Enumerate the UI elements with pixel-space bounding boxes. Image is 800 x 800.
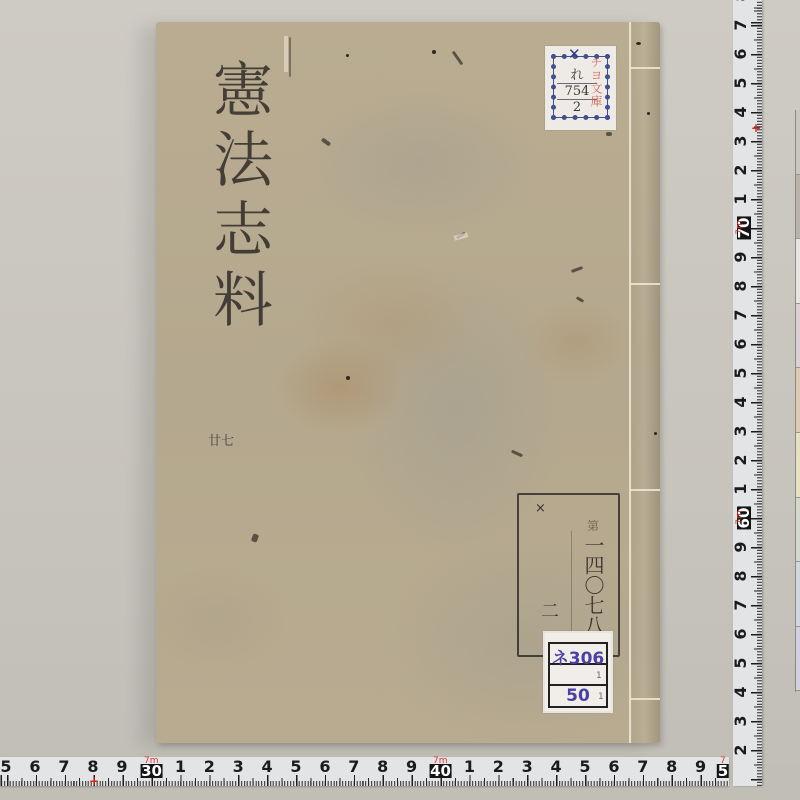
wormhole-spot xyxy=(636,42,641,45)
stamp-corner-mark: × xyxy=(535,501,546,516)
shelf-number-label: ネ306 1 50 1 xyxy=(545,633,611,711)
color-swatch-green xyxy=(796,498,800,563)
ruler-label: 3 xyxy=(733,425,749,436)
color-swatch-blue xyxy=(796,562,800,627)
accession-side-mark: 二 xyxy=(541,597,559,623)
color-swatch-dark-gray xyxy=(796,175,800,240)
binding-stitch xyxy=(631,489,660,491)
ruler-label: 1 xyxy=(464,759,475,775)
ruler-unit-mark: 7m xyxy=(736,510,745,525)
ruler-label: 8 xyxy=(87,759,98,775)
wear-streak xyxy=(606,132,612,136)
wear-streak xyxy=(576,296,584,303)
accession-number: 一四〇七八 xyxy=(581,535,605,635)
ruler-label: 3 xyxy=(522,759,533,775)
ruler-unit-mark: 7m xyxy=(433,757,448,766)
wormhole-spot xyxy=(432,50,436,54)
accession-prefix: 第 xyxy=(587,517,599,534)
ruler-label: 7 xyxy=(733,599,749,610)
binding-thread-vertical xyxy=(629,22,631,743)
color-calibration-strip xyxy=(795,110,800,692)
ruler-label: 4 xyxy=(262,759,273,775)
ruler-label-50cm: 5 xyxy=(717,764,729,778)
color-swatch-peach xyxy=(796,368,800,433)
ruler-label-30cm: 30 xyxy=(140,764,163,778)
ruler-label: 1 xyxy=(733,483,749,494)
ruler-label: 5 xyxy=(0,759,11,775)
ruler-label: 2 xyxy=(493,759,504,775)
wormhole-spot xyxy=(346,376,350,380)
ruler-label: 2 xyxy=(733,454,749,465)
wear-streak xyxy=(251,533,259,543)
handwritten-title: 憲法志料 xyxy=(198,58,278,398)
ruler-red-marker-icon: + xyxy=(89,775,99,787)
ruler-label: 6 xyxy=(29,759,40,775)
book-cover: 憲法志料 廿七 ✕ れ 754 2 チヨ文庫 × 第 一四〇七八 二 ネ306 … xyxy=(156,22,660,743)
ruler-label: 9 xyxy=(695,759,706,775)
ruler-label: 5 xyxy=(579,759,590,775)
pencil-mark: 1 xyxy=(596,671,602,681)
ruler-label: 3 xyxy=(233,759,244,775)
ruler-unit-mark: 7 xyxy=(720,757,726,766)
ruler-cm-ticks xyxy=(751,0,762,786)
cross-ornament-icon: ✕ xyxy=(568,45,581,63)
ruler-label: 6 xyxy=(319,759,330,775)
ruler-label: 8 xyxy=(377,759,388,775)
ruler-unit-mark: 7m xyxy=(144,757,159,766)
ruler-cm-ticks xyxy=(0,775,729,786)
ruler-label: 4 xyxy=(551,759,562,775)
ruler-label: 4 xyxy=(733,106,749,117)
ruler-label: 8 xyxy=(733,280,749,291)
color-swatch-white xyxy=(796,239,800,304)
ruler-unit-mark: 7m xyxy=(736,220,745,235)
book-spine-binding xyxy=(632,22,660,743)
ruler-label: 5 xyxy=(733,367,749,378)
pencil-mark: 1 xyxy=(598,692,604,702)
paper-tear xyxy=(454,232,469,240)
ruler-label: 4 xyxy=(733,686,749,697)
wear-crack xyxy=(289,37,291,77)
wear-streak xyxy=(452,51,464,66)
ruler-label: 8 xyxy=(733,570,749,581)
ruler-label: 2 xyxy=(204,759,215,775)
binding-stitch xyxy=(631,698,660,700)
call-number-label: ✕ れ 754 2 チヨ文庫 xyxy=(545,46,616,130)
color-swatch-lavender xyxy=(796,627,800,692)
ruler-label: 7 xyxy=(58,759,69,775)
ruler-label: 9 xyxy=(116,759,127,775)
library-seal-stamp: チヨ文庫 xyxy=(589,56,602,108)
ruler-label: 7 xyxy=(733,19,749,30)
color-swatch-gray xyxy=(796,110,800,175)
binding-stitch xyxy=(631,283,660,285)
ruler-label: 9 xyxy=(733,251,749,262)
ruler-label: 5 xyxy=(290,759,301,775)
ruler-label: 8 xyxy=(666,759,677,775)
paper-tear xyxy=(284,36,288,72)
color-swatch-pink xyxy=(796,304,800,369)
ruler-label: 1 xyxy=(733,193,749,204)
ruler-label: 3 xyxy=(733,715,749,726)
shelf-label-grid: ネ306 1 50 1 xyxy=(548,642,608,708)
ruler-label: 3 xyxy=(733,135,749,146)
binding-stitch xyxy=(631,67,660,69)
ruler-label: 6 xyxy=(733,338,749,349)
ruler-label: 2 xyxy=(733,744,749,755)
ruler-label: 8 xyxy=(733,0,749,2)
measuring-ruler-vertical: 8 7 6 5 4 3 2 1 70 9 8 7 6 5 4 3 2 1 60 … xyxy=(733,0,762,786)
measuring-ruler-horizontal: 5 6 7 8 9 30 1 2 3 4 5 6 7 8 9 40 1 2 3 … xyxy=(0,757,729,786)
volume-mark: 廿七 xyxy=(208,430,234,449)
wormhole-spot xyxy=(346,54,349,57)
ruler-label: 5 xyxy=(733,77,749,88)
ruler-label: 2 xyxy=(733,164,749,175)
ruler-label: 9 xyxy=(733,541,749,552)
wear-streak xyxy=(321,137,331,146)
shelf-row-2: 1 xyxy=(550,665,606,686)
wormhole-spot xyxy=(654,432,657,435)
ruler-label: 6 xyxy=(733,628,749,639)
ruler-label: 7 xyxy=(348,759,359,775)
wormhole-spot xyxy=(647,112,650,115)
ruler-label: 4 xyxy=(733,396,749,407)
ruler-label: 6 xyxy=(608,759,619,775)
wear-streak xyxy=(571,266,583,273)
ruler-red-marker-icon: + xyxy=(751,122,761,134)
ruler-label: 9 xyxy=(406,759,417,775)
ruler-label: 5 xyxy=(733,657,749,668)
ruler-label-40cm: 40 xyxy=(429,764,452,778)
ruler-label: 7 xyxy=(637,759,648,775)
wear-streak xyxy=(511,450,523,458)
color-swatch-yellow xyxy=(796,433,800,498)
ruler-label: 7 xyxy=(733,309,749,320)
shelf-row-1: ネ306 xyxy=(550,644,606,665)
ruler-label: 6 xyxy=(733,48,749,59)
ruler-label: 1 xyxy=(175,759,186,775)
